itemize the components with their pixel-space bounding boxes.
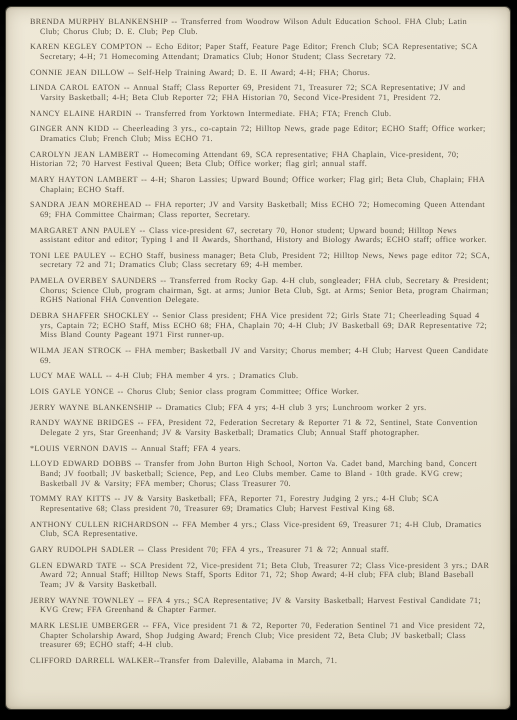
directory-entry: CLIFFORD DARRELL WALKER--Transfer from D… [30, 656, 490, 666]
directory-entry: KAREN KEGLEY COMPTON -- Echo Editor; Pap… [30, 42, 490, 61]
directory-entry: LOIS GAYLE YONCE -- Chorus Club; Senior … [30, 387, 490, 397]
scan-border: BRENDA MURPHY BLANKENSHIP -- Transferred… [0, 0, 517, 720]
directory-entry: RANDY WAYNE BRIDGES -- FFA, President 72… [30, 418, 490, 437]
directory-entry: GARY RUDOLPH SADLER -- Class President 7… [30, 545, 490, 555]
directory-entry: *LOUIS VERNON DAVIS -- Annual Staff; FFA… [30, 444, 490, 454]
directory-entry: TOMMY RAY KITTS -- JV & Varsity Basketba… [30, 494, 490, 513]
directory-entry: GLEN EDWARD TATE -- SCA President 72, Vi… [30, 561, 490, 590]
directory-entry: NANCY ELAINE HARDIN -- Transferred from … [30, 109, 490, 119]
directory-entry: BRENDA MURPHY BLANKENSHIP -- Transferred… [30, 17, 490, 36]
directory-entry: ANTHONY CULLEN RICHARDSON -- FFA Member … [30, 520, 490, 539]
directory-entry: PAMELA OVERBEY SAUNDERS -- Transferred f… [30, 276, 490, 305]
directory-entry: JERRY WAYNE BLANKENSHIP -- Dramatics Clu… [30, 403, 490, 413]
directory-entry: MARK LESLIE UMBERGER -- FFA, Vice presid… [30, 621, 490, 650]
directory-entry: SANDRA JEAN MOREHEAD -- FHA reporter; JV… [30, 200, 490, 219]
directory-entry: WILMA JEAN STROCK -- FHA member; Basketb… [30, 346, 490, 365]
directory-entry: LUCY MAE WALL -- 4-H Club; FHA member 4 … [30, 371, 490, 381]
document-page: BRENDA MURPHY BLANKENSHIP -- Transferred… [6, 7, 510, 709]
directory-entry: MARGARET ANN PAULEY -- Class vice-presid… [30, 226, 490, 245]
directory-entry: GINGER ANN KIDD -- Cheerleading 3 yrs., … [30, 124, 490, 143]
directory-entry: CONNIE JEAN DILLOW -- Self-Help Training… [30, 68, 490, 78]
entry-list: BRENDA MURPHY BLANKENSHIP -- Transferred… [6, 7, 510, 665]
directory-entry: LLOYD EDWARD DOBBS -- Transfer from John… [30, 459, 490, 488]
directory-entry: JERRY WAYNE TOWNLEY -- FFA 4 yrs.; SCA R… [30, 596, 490, 615]
directory-entry: DEBRA SHAFFER SHOCKLEY -- Senior Class p… [30, 311, 490, 340]
directory-entry: LINDA CAROL EATON -- Annual Staff; Class… [30, 83, 490, 102]
directory-entry: MARY HAYTON LAMBERT -- 4-H; Sharon Lassi… [30, 175, 490, 194]
directory-entry: TONI LEE PAULEY -- ECHO Staff, business … [30, 251, 490, 270]
directory-entry: CAROLYN JEAN LAMBERT -- Homecoming Atten… [30, 150, 490, 169]
